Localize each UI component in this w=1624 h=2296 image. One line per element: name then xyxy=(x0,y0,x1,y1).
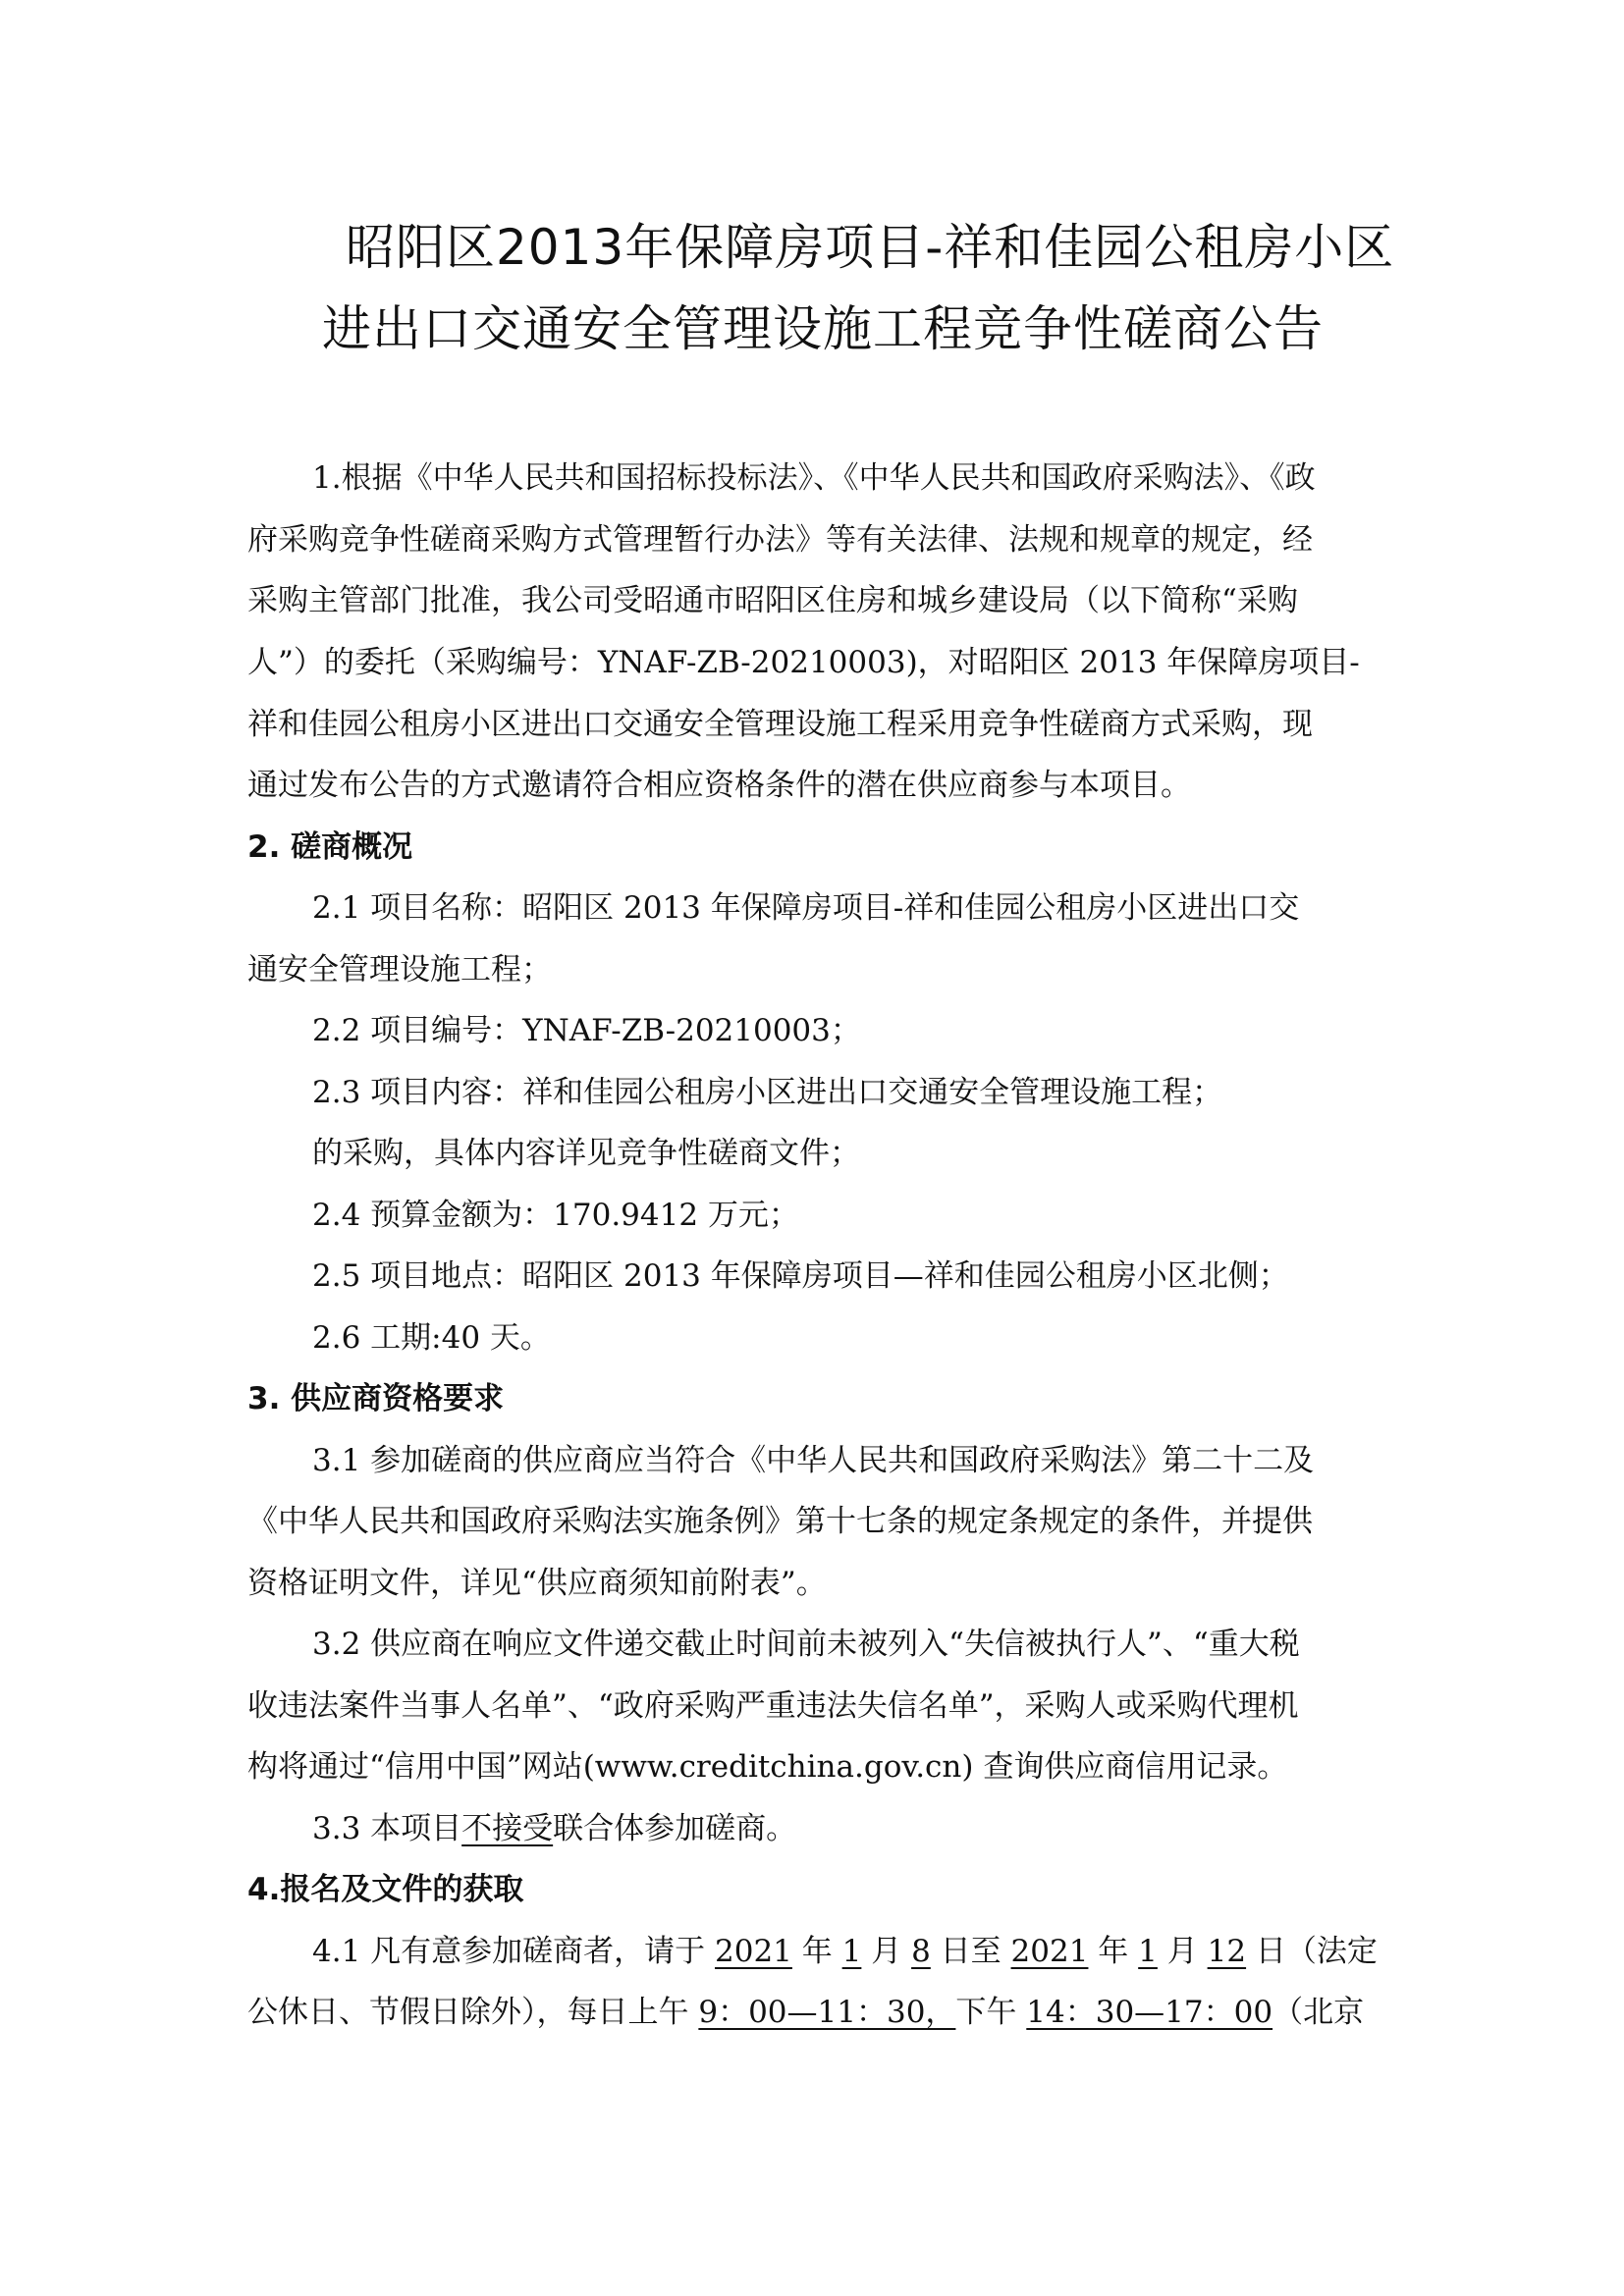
paragraph-line: 2.3 项目内容：祥和佳园公租房小区进出口交通安全管理设施工程； xyxy=(247,1073,1451,1112)
paragraph-line: 4.1 凡有意参加磋商者，请于 2021 年 1 月 8 日至 2021 年 1… xyxy=(247,1932,1451,1971)
text: 下午 xyxy=(955,1995,1026,2030)
section-heading: 3. 供应商资格要求 xyxy=(247,1379,1386,1418)
section-heading: 2. 磋商概况 xyxy=(247,828,1386,867)
paragraph-line: 通过发布公告的方式邀请符合相应资格条件的潜在供应商参与本项目。 xyxy=(247,766,1386,805)
text: 日（法定 xyxy=(1246,1934,1378,1969)
paragraph-line: 3.2 供应商在响应文件递交截止时间前未被列入“失信被执行人”、“重大税 xyxy=(247,1625,1451,1664)
paragraph-line: 2.4 预算金额为：170.9412 万元； xyxy=(247,1196,1451,1235)
text: 月 xyxy=(1158,1934,1208,1969)
date-month-start: 1 xyxy=(842,1934,862,1969)
paragraph-line: 3.3 本项目不接受联合体参加磋商。 xyxy=(247,1809,1451,1848)
text: 联合体参加磋商。 xyxy=(553,1811,796,1846)
paragraph-line: 构将通过“信用中国”网站(www.creditchina.gov.cn) 查询供… xyxy=(247,1747,1386,1787)
paragraph-line: 公休日、节假日除外），每日上午 9：00—11：30，下午 14：30—17：0… xyxy=(247,1993,1386,2032)
section-heading: 4.报名及文件的获取 xyxy=(247,1870,1386,1909)
paragraph-line: 2.2 项目编号：YNAF-ZB-20210003； xyxy=(247,1011,1451,1050)
paragraph-line: 人”）的委托（采购编号：YNAF-ZB-20210003)，对昭阳区 2013 … xyxy=(247,643,1386,682)
paragraph-line: 2.5 项目地点：昭阳区 2013 年保障房项目—祥和佳园公租房小区北侧； xyxy=(247,1256,1451,1296)
afternoon-hours: 14：30—17：00 xyxy=(1026,1995,1272,2030)
text: 年 xyxy=(1088,1934,1138,1969)
text: 日至 xyxy=(931,1934,1011,1969)
paragraph-line: 府采购竞争性磋商采购方式管理暂行办法》等有关法律、法规和规章的规定，经 xyxy=(247,520,1386,560)
paragraph-line: 1.根据《中华人民共和国招标投标法》、《中华人民共和国政府采购法》、《政 xyxy=(247,458,1451,498)
date-year-start: 2021 xyxy=(715,1934,792,1969)
paragraph-line: 祥和佳园公租房小区进出口交通安全管理设施工程采用竞争性磋商方式采购，现 xyxy=(247,705,1386,744)
text: 月 xyxy=(861,1934,911,1969)
text: 年 xyxy=(792,1934,842,1969)
paragraph-line: 2.1 项目名称：昭阳区 2013 年保障房项目-祥和佳园公租房小区进出口交 xyxy=(247,888,1451,928)
paragraph-line: 资格证明文件，详见“供应商须知前附表”。 xyxy=(247,1564,1386,1603)
paragraph-line: 2.6 工期:40 天。 xyxy=(247,1318,1451,1358)
underlined-text: 不接受 xyxy=(461,1811,553,1846)
date-month-end: 1 xyxy=(1138,1934,1158,1969)
date-day-end: 12 xyxy=(1208,1934,1246,1969)
paragraph-line: 采购主管部门批准，我公司受昭通市昭阳区住房和城乡建设局（以下简称“采购 xyxy=(247,581,1386,620)
date-year-end: 2021 xyxy=(1011,1934,1089,1969)
text: 公休日、节假日除外），每日上午 xyxy=(247,1995,698,2030)
paragraph-line: 通安全管理设施工程； xyxy=(247,950,1386,989)
title-line-1: 昭阳区2013年保障房项目-祥和佳园公租房小区 xyxy=(346,218,1394,277)
paragraph-line: 3.1 参加磋商的供应商应当符合《中华人民共和国政府采购法》第二十二及 xyxy=(247,1441,1451,1480)
paragraph-line: 《中华人民共和国政府采购法实施条例》第十七条的规定条规定的条件，并提供 xyxy=(247,1502,1386,1541)
paragraph-line: 的采购，具体内容详见竞争性磋商文件； xyxy=(247,1134,1451,1173)
text: 4.1 凡有意参加磋商者，请于 xyxy=(312,1934,715,1969)
date-day-start: 8 xyxy=(911,1934,931,1969)
paragraph-line: 收违法案件当事人名单”、“政府采购严重违法失信名单”，采购人或采购代理机 xyxy=(247,1686,1386,1726)
title-line-2: 进出口交通安全管理设施工程竞争性磋商公告 xyxy=(322,299,1324,358)
text: （北京 xyxy=(1272,1995,1364,2030)
document-page: 昭阳区2013年保障房项目-祥和佳园公租房小区 进出口交通安全管理设施工程竞争性… xyxy=(0,0,1624,2296)
morning-hours: 9：00—11：30， xyxy=(698,1995,955,2030)
text: 3.3 本项目 xyxy=(312,1811,461,1846)
